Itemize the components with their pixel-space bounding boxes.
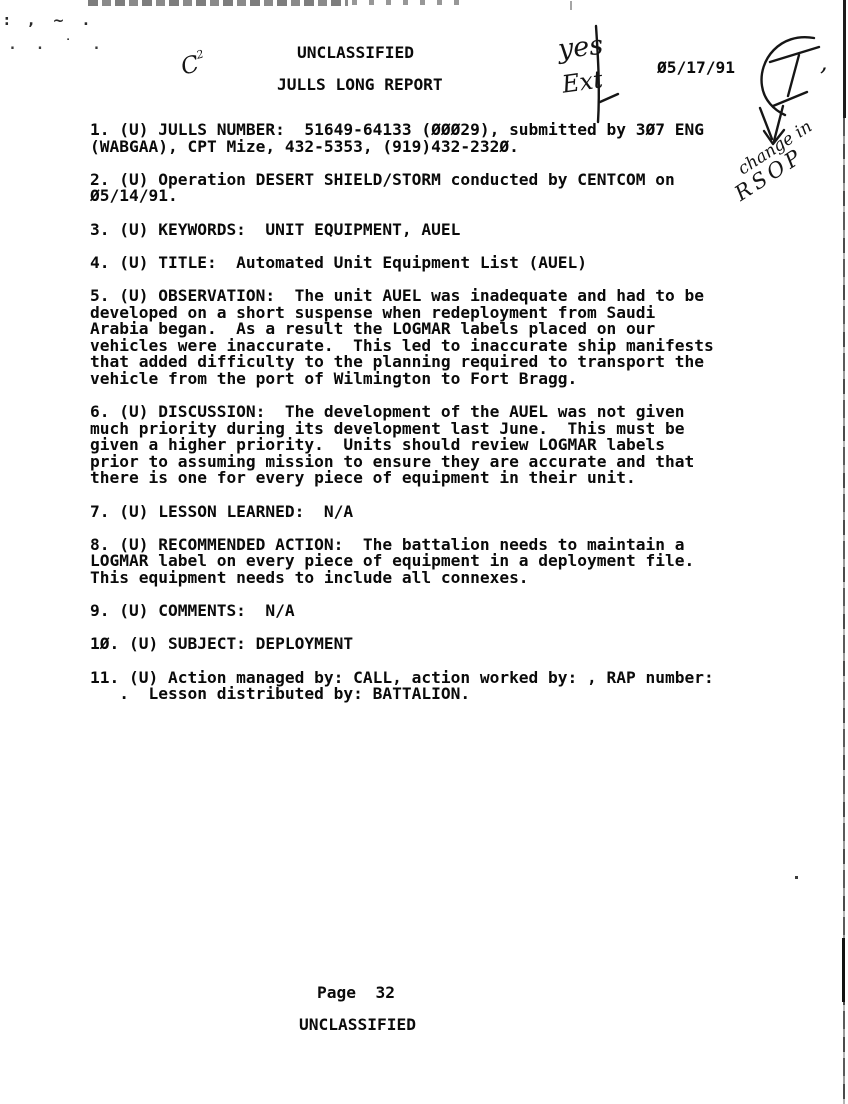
- scan-speck-artifact: [795, 876, 798, 879]
- handwritten-comma: ,: [820, 48, 828, 76]
- scan-speck-artifact: [570, 1, 572, 10]
- scan-edge-line: [843, 0, 846, 118]
- paragraph-11: 11. (U) Action managed by: CALL, action …: [90, 670, 714, 703]
- scan-edge-line: [842, 938, 845, 1002]
- handwritten-yes: yes: [557, 30, 605, 66]
- handwritten-c2-mark: C2: [178, 47, 209, 80]
- scanned-document-page: : , ~ . . . ˙ . UNCLASSIFIED JULLS LONG …: [0, 0, 848, 1104]
- scan-cutoff-text-artifact: [88, 0, 348, 6]
- page-number: Page 32: [317, 985, 395, 1002]
- paragraph-4: 4. (U) TITLE: Automated Unit Equipment L…: [90, 255, 714, 272]
- paragraph-3: 3. (U) KEYWORDS: UNIT EQUIPMENT, AUEL: [90, 222, 714, 239]
- date-stamp: Ø5/17/91: [657, 60, 735, 77]
- scan-stray-marks: . . ˙ .: [10, 38, 108, 53]
- paragraph-7: 7. (U) LESSON LEARNED: N/A: [90, 504, 714, 521]
- paragraph-2: 2. (U) Operation DESERT SHIELD/STORM con…: [90, 172, 714, 205]
- handwritten-ext: Ext: [560, 65, 604, 98]
- paragraph-5: 5. (U) OBSERVATION: The unit AUEL was in…: [90, 288, 714, 388]
- paragraph-9: 9. (U) COMMENTS: N/A: [90, 603, 714, 620]
- scan-stray-marks: : , ~ .: [4, 13, 96, 29]
- paragraph-6: 6. (U) DISCUSSION: The development of th…: [90, 404, 714, 487]
- paragraph-8: 8. (U) RECOMMENDED ACTION: The battalion…: [90, 537, 714, 587]
- paragraph-1: 1. (U) JULLS NUMBER: 51649-64133 (ØØØ29)…: [90, 122, 714, 155]
- classification-footer: UNCLASSIFIED: [299, 1017, 416, 1034]
- paragraph-10: 1Ø. (U) SUBJECT: DEPLOYMENT: [90, 636, 714, 653]
- scan-cutoff-text-artifact: [352, 0, 470, 5]
- page-title: JULLS LONG REPORT: [277, 77, 443, 94]
- classification-header: UNCLASSIFIED: [297, 45, 414, 62]
- document-body: 1. (U) JULLS NUMBER: 51649-64133 (ØØØ29)…: [90, 122, 714, 719]
